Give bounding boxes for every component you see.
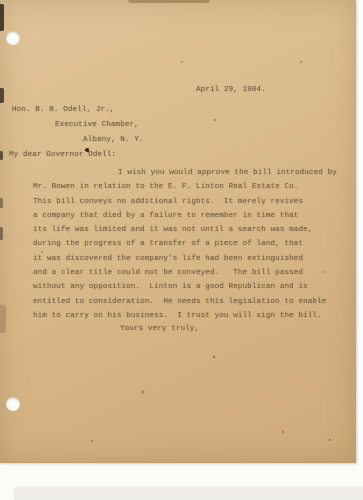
body-line: a company that died by a failure to reme… [33, 209, 313, 223]
body-line: and a clear title could not be conveyed.… [33, 266, 313, 280]
punch-hole-bottom [6, 397, 20, 411]
recipient-address-line: Albany, N. Y. [83, 136, 144, 144]
body-line: I wish you would approve the bill introd… [33, 166, 313, 180]
body-line: Mr. Bowen in relation to the E. F. Linto… [33, 180, 313, 194]
punch-hole-top [6, 31, 20, 45]
body-line: This bill conveys no additional rights. … [33, 195, 313, 209]
letter-paper: April 29, 1904. Hon. B. B. Odell, Jr., E… [0, 0, 356, 463]
body-line: it was discovered the company's life had… [33, 252, 313, 266]
body-line: entitled to consideration. He needs this… [33, 295, 313, 309]
edge-mark [0, 227, 3, 240]
body-line: during the progress of a transfer of a p… [33, 237, 313, 251]
body-line: him to carry on his business. I trust yo… [33, 309, 313, 323]
edge-mark [0, 151, 3, 160]
recipient-name: Hon. B. B. Odell, Jr., [12, 106, 114, 114]
body-line: without any opposition. Linton is a good… [33, 280, 313, 294]
closing: Yours very truly, [120, 325, 199, 333]
salutation: My dear Governor Odell: [9, 151, 116, 159]
edge-mark [0, 305, 6, 333]
scanned-letter: April 29, 1904. Hon. B. B. Odell, Jr., E… [0, 0, 363, 500]
paper-stain [128, 0, 210, 3]
recipient-address-line: Executive Chamber, [55, 121, 139, 129]
letter-date: April 29, 1904. [196, 86, 266, 94]
edge-mark [0, 198, 3, 208]
letter-body: I wish you would approve the bill introd… [33, 166, 313, 323]
edge-mark [0, 4, 4, 31]
body-line: its life was limited and it was not unti… [33, 223, 313, 237]
next-page-edge [14, 488, 363, 500]
edge-mark [0, 88, 4, 103]
